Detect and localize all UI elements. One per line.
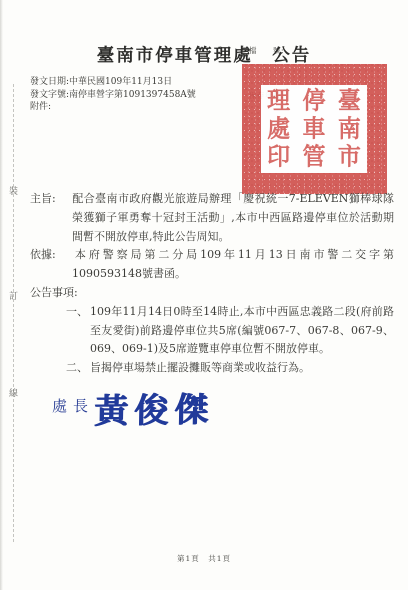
binding-mark-ding: 訂 — [7, 291, 20, 304]
seal-char: 南 — [338, 115, 361, 142]
announcement-body: 主旨:配合臺南市政府觀光旅遊局辦理「慶祝統一7-ELEVEN獅棒球隊榮獲獅子軍勇… — [30, 190, 394, 378]
official-seal-inner: 臺 南 市 停 車 管 理 處 印 — [261, 85, 367, 173]
binding-mark-zhuang: 裝 — [7, 186, 20, 199]
seal-column-middle: 停 車 管 — [302, 87, 325, 171]
item-number: 二、 — [66, 359, 90, 378]
announcement-item-2: 二、旨揭停車場禁止擺設攤販等商業或收益行為。 — [48, 359, 394, 378]
subject-label: 主旨: — [30, 190, 72, 209]
seal-char: 停 — [302, 87, 325, 114]
seal-char: 理 — [267, 87, 290, 114]
subject-text: 配合臺南市政府觀光旅遊局辦理「慶祝統一7-ELEVEN獅棒球隊榮獲獅子軍勇奪十冠… — [72, 192, 394, 243]
basis-text: 本府警察局第二分局109年11月13日南市警二交字第1090593148號書函。 — [72, 248, 394, 280]
issue-meta: 發文日期:中華民國109年11月13日 發文字號:南停車營字第109139745… — [30, 76, 196, 114]
page-number-footer: 第1頁 共1頁 — [0, 553, 408, 564]
seal-char: 印 — [267, 143, 290, 170]
seal-char: 車 — [302, 115, 325, 142]
official-announcement-document: 裝 訂 線 檔 號: 保存年限: 臺南市停車管理處 公告 發文日期:中華民國10… — [0, 0, 408, 590]
seal-char: 市 — [338, 143, 361, 170]
subject-paragraph: 主旨:配合臺南市政府觀光旅遊局辦理「慶祝統一7-ELEVEN獅棒球隊榮獲獅子軍勇… — [30, 190, 394, 246]
basis-paragraph: 依據:本府警察局第二分局109年11月13日南市警二交字第1090593148號… — [30, 246, 394, 284]
item-number: 一、 — [66, 303, 90, 322]
signature-block: 處長 黃俊傑 — [52, 383, 214, 432]
binding-mark-xian: 線 — [7, 388, 20, 401]
item-text: 旨揭停車場禁止擺設攤販等商業或收益行為。 — [90, 361, 310, 374]
seal-char: 臺 — [338, 87, 361, 114]
announcement-item-1: 一、109年11月14日0時至14時止,本市中西區忠義路二段(府前路至友愛街)前… — [48, 303, 394, 359]
seal-char: 管 — [302, 143, 325, 170]
attachment-line: 附件: — [30, 101, 196, 114]
seal-column-right: 臺 南 市 — [338, 87, 361, 171]
director-title: 處長 — [52, 395, 94, 416]
director-signature-name: 黃俊傑 — [94, 382, 215, 433]
item-text: 109年11月14日0時至14時止,本市中西區忠義路二段(府前路至友愛街)前路邊… — [90, 305, 394, 356]
seal-char: 處 — [267, 115, 290, 142]
seal-column-left: 理 處 印 — [267, 87, 290, 171]
basis-label: 依據: — [30, 246, 72, 265]
official-seal-stamp: 臺 南 市 停 車 管 理 處 印 — [242, 64, 387, 194]
items-heading: 公告事項: — [30, 284, 394, 303]
doc-number-line: 發文字號:南停車營字第1091397458A號 — [30, 89, 196, 102]
binding-fold-line — [13, 84, 14, 542]
scan-edge-shadow — [0, 0, 3, 590]
issue-date-line: 發文日期:中華民國109年11月13日 — [30, 76, 196, 89]
